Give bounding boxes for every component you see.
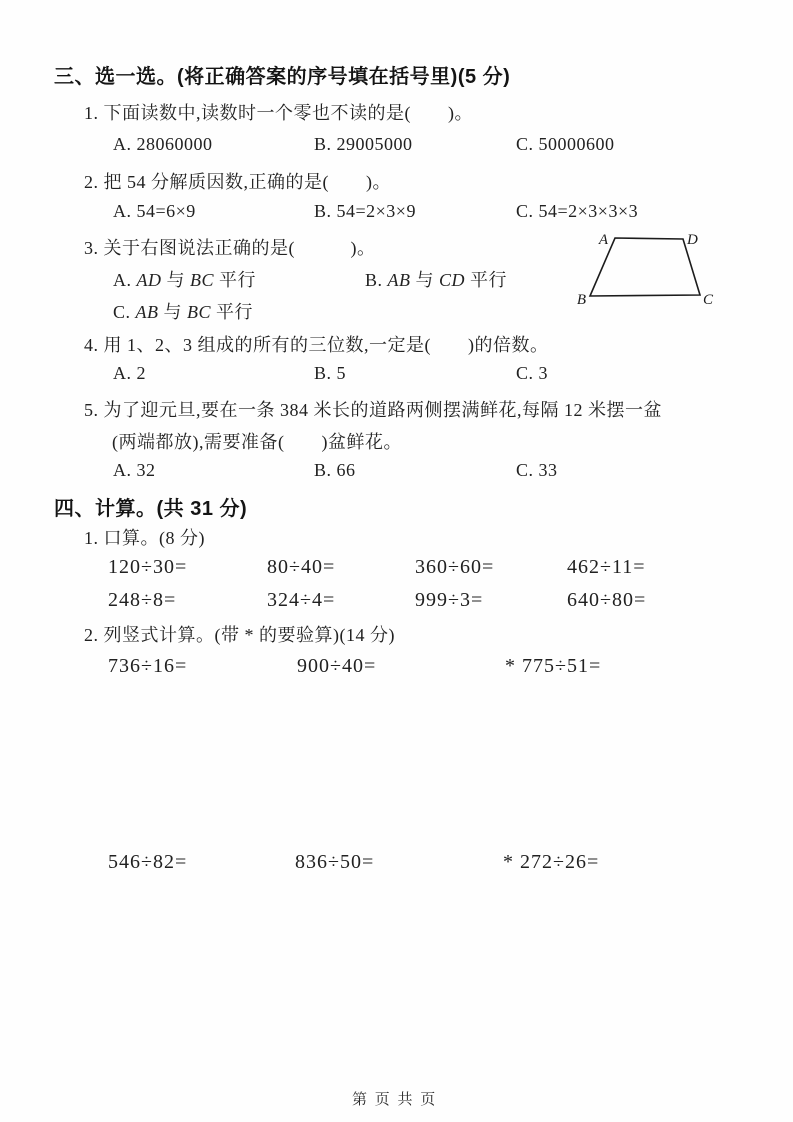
q3-text: 3. 关于右图说法正确的是( )。: [84, 234, 376, 260]
oral-eq-6: 324÷4=: [267, 589, 335, 612]
q2-text: 2. 把 54 分解质因数,正确的是( )。: [84, 168, 391, 194]
q3c-mid: 与: [164, 302, 183, 322]
q4-option-a: A. 2: [113, 363, 146, 384]
vertical-eq-6: * 272÷26=: [503, 851, 599, 874]
oral-eq-5: 248÷8=: [108, 589, 176, 612]
q3a-mid: 与: [167, 270, 186, 290]
oral-eq-3: 360÷60=: [415, 556, 494, 579]
vertical-eq-4: 546÷82=: [108, 851, 187, 874]
q3a-var1: AD: [137, 270, 162, 290]
q5-option-c: C. 33: [516, 460, 558, 481]
oral-eq-4: 462÷11=: [567, 556, 646, 579]
q3b-var2: CD: [439, 270, 465, 290]
q5-option-a: A. 32: [113, 460, 156, 481]
vertical-eq-5: 836÷50=: [295, 851, 374, 874]
vertex-label-c: C: [703, 292, 714, 308]
q3b-prefix: B.: [365, 270, 383, 290]
q3c-suffix: 平行: [216, 302, 253, 322]
q1-option-c: C. 50000600: [516, 134, 615, 155]
q2-option-a: A. 54=6×9: [113, 201, 196, 222]
q3-option-b: B. AB 与 CD 平行: [365, 266, 507, 292]
vertex-label-a: A: [598, 232, 609, 248]
oral-eq-2: 80÷40=: [267, 556, 335, 579]
q3-option-c: C. AB 与 BC 平行: [113, 298, 253, 324]
q1-text: 1. 下面读数中,读数时一个零也不读的是( )。: [84, 99, 473, 125]
q4-text: 4. 用 1、2、3 组成的所有的三位数,一定是( )的倍数。: [84, 331, 549, 357]
section-choice-heading: 三、选一选。(将正确答案的序号填在括号里)(5 分): [54, 60, 510, 89]
q1-option-a: A. 28060000: [113, 134, 213, 155]
q3c-prefix: C.: [113, 302, 131, 322]
q3b-suffix: 平行: [470, 270, 507, 290]
page-footer: 第 页 共 页: [352, 1088, 437, 1109]
q5-option-b: B. 66: [314, 460, 356, 481]
q3b-mid: 与: [416, 270, 435, 290]
q5-text-line2: (两端都放),需要准备( )盆鲜花。: [112, 428, 402, 454]
oral-eq-1: 120÷30=: [108, 556, 187, 579]
q3a-var2: BC: [190, 270, 214, 290]
vertical-eq-2: 900÷40=: [297, 655, 376, 678]
vertical-eq-3: * 775÷51=: [505, 655, 601, 678]
q2-option-c: C. 54=2×3×3×3: [516, 201, 638, 222]
oral-calc-title: 1. 口算。(8 分): [84, 524, 205, 550]
section-calc-heading: 四、计算。(共 31 分): [54, 492, 247, 521]
q3-option-a: A. AD 与 BC 平行: [113, 266, 256, 292]
vertical-eq-1: 736÷16=: [108, 655, 187, 678]
q3a-suffix: 平行: [219, 270, 256, 290]
trapezoid-figure: A D B C: [570, 226, 720, 310]
q5-text-line1: 5. 为了迎元旦,要在一条 384 米长的道路两侧摆满鲜花,每隔 12 米摆一盆: [84, 396, 662, 422]
q3c-var2: BC: [187, 302, 211, 322]
q2-option-b: B. 54=2×3×9: [314, 201, 416, 222]
worksheet-page: 三、选一选。(将正确答案的序号填在括号里)(5 分) 1. 下面读数中,读数时一…: [0, 0, 793, 1122]
q3c-var1: AB: [136, 302, 159, 322]
vertex-label-d: D: [686, 232, 698, 248]
oral-eq-8: 640÷80=: [567, 589, 646, 612]
oral-eq-7: 999÷3=: [415, 589, 483, 612]
q4-option-b: B. 5: [314, 363, 346, 384]
vertical-calc-title: 2. 列竖式计算。(带 * 的要验算)(14 分): [84, 621, 395, 647]
q3b-var1: AB: [388, 270, 411, 290]
q3a-prefix: A.: [113, 270, 132, 290]
vertex-label-b: B: [577, 292, 586, 308]
q1-option-b: B. 29005000: [314, 134, 413, 155]
q4-option-c: C. 3: [516, 363, 548, 384]
